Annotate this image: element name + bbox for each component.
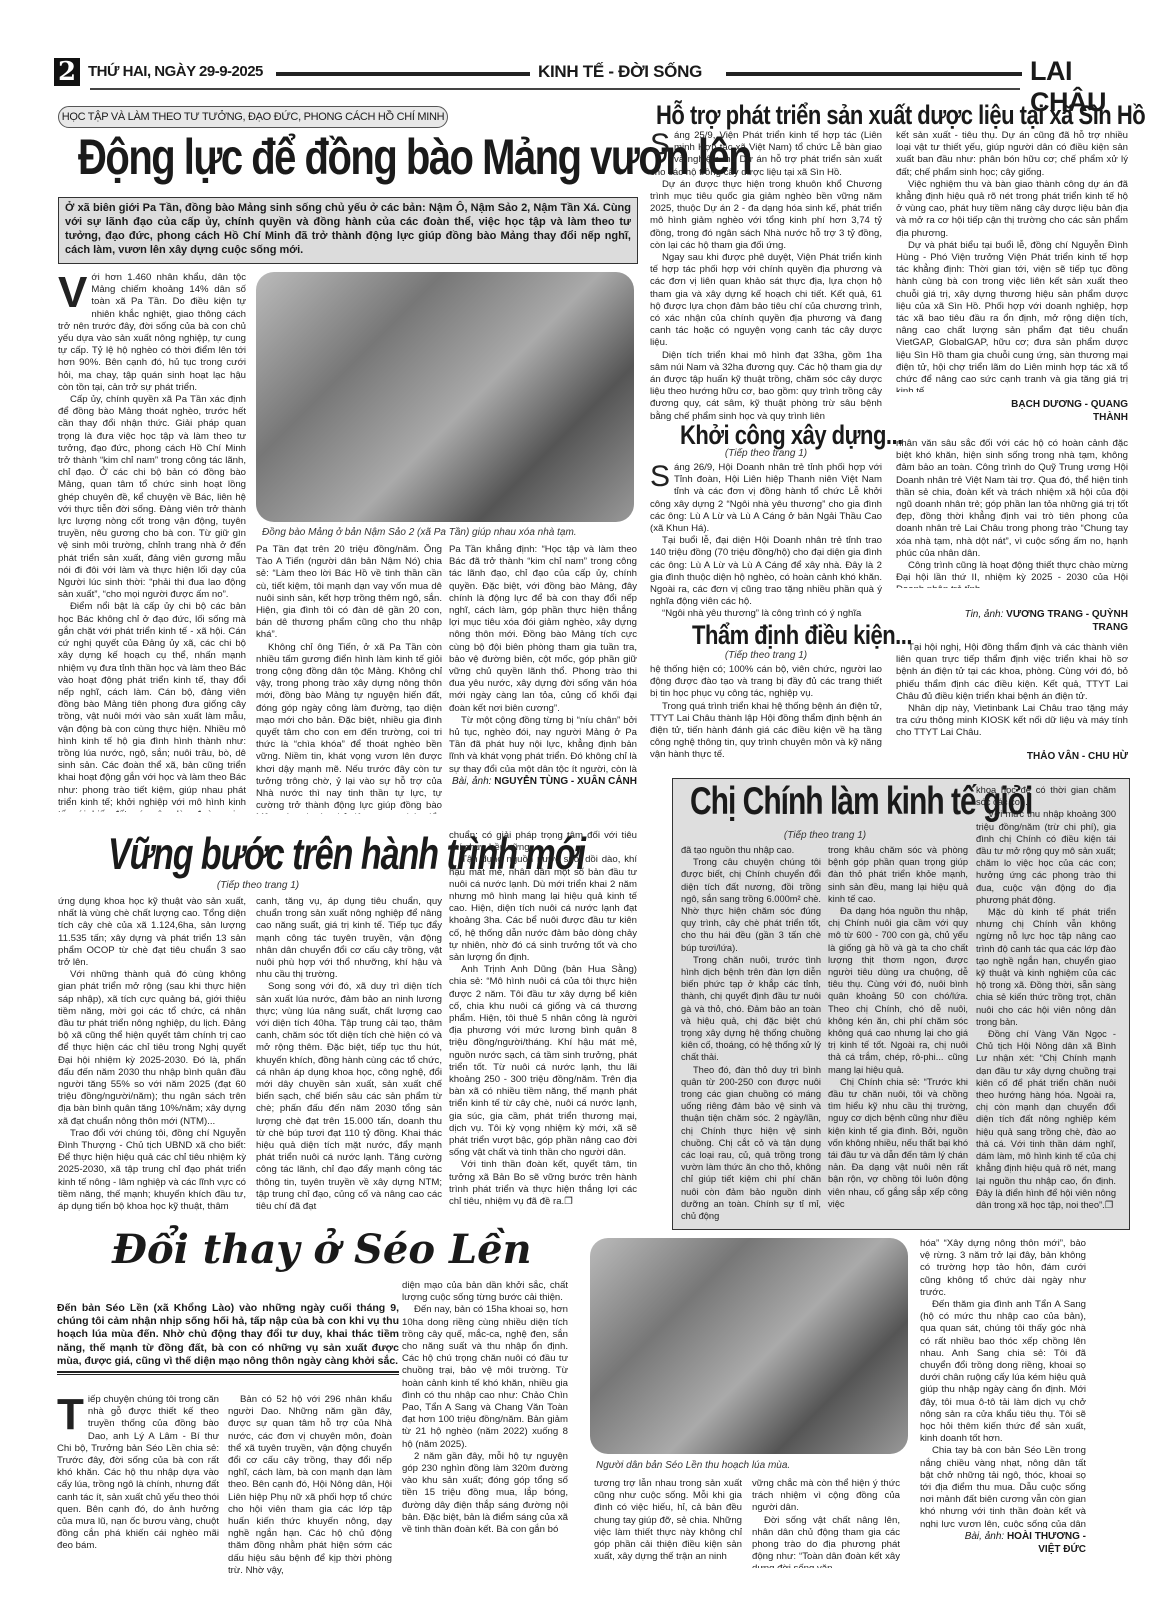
article-headline: Thẩm định điều kiện... (692, 620, 912, 651)
masthead: 2 THỨ HAI, NGÀY 29-9-2025 KINH TẾ - ĐỜI … (54, 58, 1138, 88)
article-column: hóa” “Xây dựng nông thôn mới”, bảo vệ rừ… (920, 1238, 1086, 1528)
article-column: Pa Tần đạt trên 20 triệu đồng/năm. Ông T… (256, 544, 442, 814)
byline: BẠCH DƯƠNG - QUANG THÀNH (990, 398, 1128, 424)
article-column: tương trợ lẫn nhau trong sản xuất cũng n… (594, 1478, 742, 1568)
drop-cap: S (650, 132, 670, 158)
continued-note: (Tiếp theo trang 1) (58, 880, 458, 891)
section-title: KINH TẾ - ĐỜI SỐNG (538, 62, 702, 82)
drop-cap: T (57, 1396, 84, 1434)
byline: Bài, ảnh: HOÀI THƯƠNG - VIỆT ĐỨC (946, 1530, 1086, 1556)
byline: Bài, ảnh: NGUYỄN TÙNG - XUÂN CẢNH (449, 775, 637, 788)
article-column: S áng 26/9, Hội Doanh nhân trẻ tỉnh phối… (650, 462, 882, 622)
article-column: nhân văn sâu sắc đối với các hộ có hoàn … (896, 438, 1128, 588)
article-lead: Ở xã biên giới Pa Tần, đồng bào Mảng sin… (58, 197, 638, 264)
drop-cap: V (58, 274, 87, 312)
article-column: Tại hội nghị, Hội đồng thẩm định và các … (896, 642, 1128, 752)
article-column: hệ thống hiện có; 100% cán bộ, viên chức… (650, 664, 882, 774)
continued-note: (Tiếp theo trang 1) (650, 650, 882, 661)
photo-caption: Người dân bản Séo Lền thu hoạch lúa mùa. (596, 1460, 906, 1471)
article-column: đã tạo nguồn thu nhập cao. Trong câu chu… (681, 844, 821, 1224)
byline: Tin, ảnh: VƯƠNG TRANG - QUỲNH TRANG (940, 608, 1128, 634)
article-column: Bản có 52 hộ với 296 nhân khẩu người Dao… (228, 1394, 392, 1594)
article-column: Pa Tần khẳng định: “Học tập và làm theo … (449, 544, 637, 776)
article-column: trong khâu chăm sóc và phòng bệnh góp ph… (828, 844, 968, 1224)
continued-note: (Tiếp theo trang 1) (650, 448, 882, 459)
photo-caption: Đồng bào Mảng ở bản Nậm Sảo 2 (xã Pa Tần… (262, 527, 632, 538)
issue-date: THỨ HAI, NGÀY 29-9-2025 (88, 63, 263, 80)
drop-cap: S (650, 464, 670, 490)
article-column: T iếp chuyện chúng tôi trong căn nhà gỗ … (57, 1394, 219, 1594)
continued-note: (Tiếp theo trang 1) (680, 830, 970, 841)
article-kicker: HỌC TẬP VÀ LÀM THEO TƯ TƯỞNG, ĐẠO ĐỨC, P… (58, 106, 448, 128)
article-column: V ới hơn 1.460 nhân khẩu, dân tộc Mảng c… (58, 272, 246, 812)
article-column: vững chắc mà còn thể hiện ý thức trách n… (752, 1478, 900, 1568)
rule (726, 72, 1022, 76)
article-column: diện mạo của bản dần khởi sắc, chất lượn… (402, 1280, 568, 1596)
article-headline: Hỗ trợ phát triển sản xuất dược liệu tại… (656, 100, 1145, 131)
byline: THẢO VÂN - CHU HỪ (1020, 750, 1128, 763)
rule (276, 72, 530, 76)
article-headline: Đổi thay ở Séo Lền (112, 1226, 532, 1273)
photo-rice-harvest (590, 1238, 908, 1454)
divider (57, 1371, 399, 1375)
page-number: 2 (54, 58, 80, 86)
article-column: ứng dụng khoa học kỹ thuật vào sản xuất,… (58, 896, 246, 1226)
article-headline: Khởi công xây dựng... (680, 420, 903, 451)
photo-building-house (256, 272, 634, 522)
article-column: khoa học để có thời gian chăm sóc các co… (976, 784, 1116, 1224)
article-column: canh, tăng vụ, áp dụng tiêu chuẩn, quy c… (256, 896, 442, 1226)
article-lead: Đến bản Séo Lền (xã Khổng Lào) vào những… (57, 1302, 399, 1368)
article-column: chuẩn; có giải pháp trọng tâm đối với ti… (449, 830, 637, 1226)
article-column: S áng 25/9, Viện Phát triển kinh tế hợp … (650, 130, 882, 440)
article-column: kết sản xuất - tiêu thụ. Dự án cũng đã h… (896, 130, 1128, 392)
